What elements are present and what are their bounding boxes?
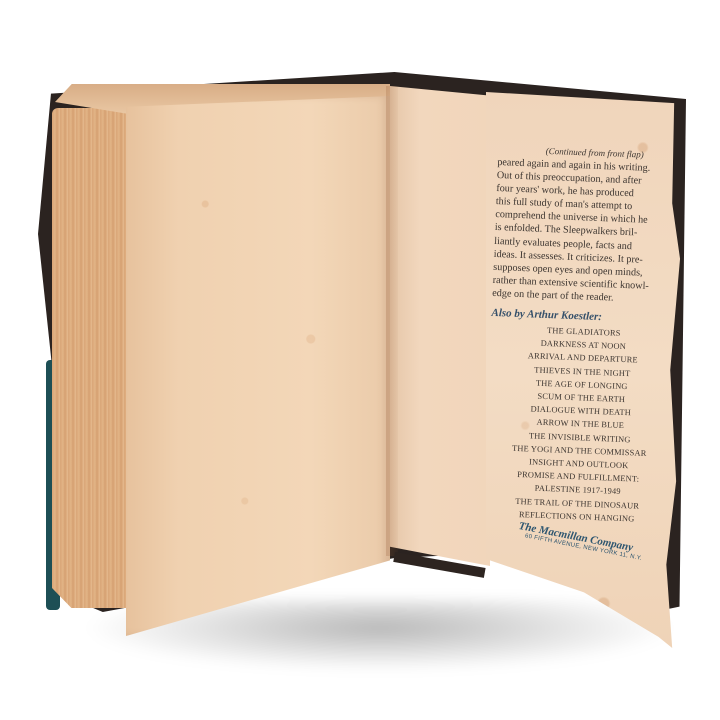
title-list: THE GLADIATORS DARKNESS AT NOON ARRIVAL … — [484, 322, 671, 527]
blurb: peared again and again in his writing. O… — [492, 156, 677, 307]
left-blank-page — [126, 96, 390, 636]
book-gutter — [386, 86, 398, 556]
right-endpaper — [390, 86, 490, 566]
flap-text: (Continued from front flap) peared again… — [484, 144, 678, 527]
book-photo: (Continued from front flap) peared again… — [0, 0, 720, 720]
